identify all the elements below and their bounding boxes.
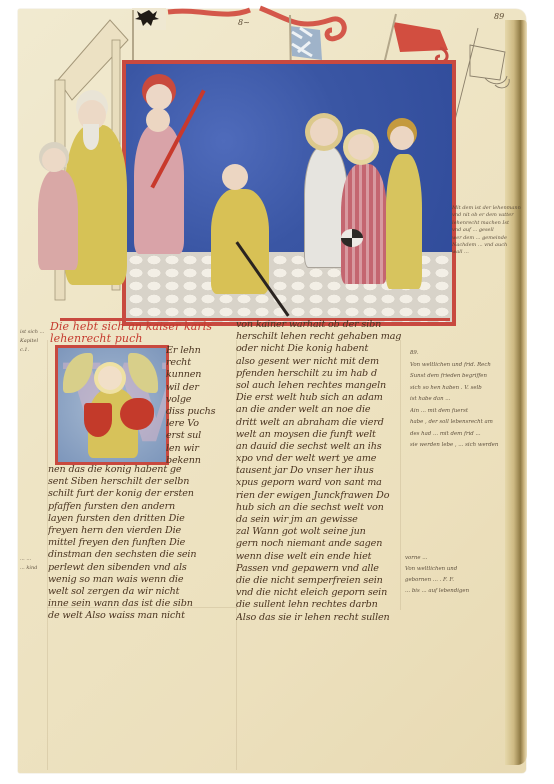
heraldic-shield-icon: [341, 229, 363, 247]
text-line: welt an moysen die funft welt: [236, 429, 404, 441]
text-line: von kainer warhait ob der sibn: [236, 319, 404, 331]
margin-line: Von weltlichen und frid. Rech: [410, 360, 498, 372]
margin-line: vnd nit ob er dem vatter: [452, 212, 521, 219]
text-line: Passen vnd gepawern vnd alle: [236, 563, 404, 575]
margin-line: ... kind: [20, 564, 37, 573]
text-line: die sullent lehn rechtes darbn: [236, 599, 404, 611]
margin-line: 89.: [410, 348, 498, 360]
text-line: Er lehn: [166, 345, 236, 357]
text-column-left: nen das die konig habent ge sent Siben h…: [48, 464, 234, 622]
margin-line: vorne ...: [405, 553, 469, 564]
emperor-beard: [83, 124, 99, 150]
text-line: da sein wir jm an gewisse: [236, 514, 404, 526]
vassal-head: [222, 164, 248, 190]
text-line: an dauid die sechst welt an ihs: [236, 441, 404, 453]
text-line: recht: [166, 357, 236, 369]
text-line: sol auch lehen rechtes mangeln: [236, 380, 404, 392]
attendant-head: [146, 108, 170, 132]
illustration-frame: [122, 60, 456, 326]
margin-line: Nachdem ... vnd auch: [452, 242, 521, 249]
text-line: gern noch niemant ande sagen: [236, 538, 404, 550]
text-line: welt sol zergen da wir nicht: [48, 586, 234, 598]
text-line: wenn dise welt ein ende hiet: [236, 551, 404, 563]
text-line: xpus geporn ward von sant ma: [236, 477, 404, 489]
red-robed-figure: [341, 164, 387, 284]
text-line: mittel freyen den funften Die: [48, 537, 234, 549]
text-line: inne sein wann das ist die sibn: [48, 598, 234, 610]
text-line: schilt furt der konig der ersten: [48, 488, 234, 500]
left-attendant-head: [42, 148, 66, 172]
text-line: de welt Also waiss man nicht: [48, 610, 234, 622]
text-line: hub sich an die sechst welt von: [236, 502, 404, 514]
marginal-note-left-lower: ... ... ... kind: [20, 555, 37, 573]
text-line: dinstman den sechsten die sein: [48, 549, 234, 561]
text-line: pfaffen fursten den andern: [48, 501, 234, 513]
text-line: tausent jar Do vnser her ihus: [236, 465, 404, 477]
text-line: herschilt lehen recht gehaben mag: [236, 331, 404, 343]
left-attendant-figure: [38, 170, 78, 270]
margin-line: habe , der soll lebensrecht am: [410, 417, 498, 429]
text-column-narrow: Er lehn recht kunnen wil der volge diss …: [166, 345, 236, 467]
text-column-right: von kainer warhait ob der sibn herschilt…: [236, 319, 404, 624]
red-shield-icon: [120, 398, 154, 430]
text-line: oder nicht Die konig habent: [236, 343, 404, 355]
marginal-note-middle: 89. Von weltlichen und frid. Rech Sunst …: [410, 348, 498, 452]
text-line: Die erst welt hub sich an adam: [236, 392, 404, 404]
margin-line: ist sich ...: [20, 328, 44, 337]
rubric-line-2: lehenrecht puch: [50, 333, 240, 345]
text-line: pfenden herschilt zu im hab d: [236, 368, 404, 380]
margin-line: sich so hen haben . V. selb: [410, 383, 498, 395]
text-line: perlewt den sibenden vnd als: [48, 562, 234, 574]
text-line: dritt welt an abraham die vierd: [236, 417, 404, 429]
text-line: die die nicht semperfreien sein: [236, 575, 404, 587]
margin-line: lehenrecht machen Ist: [452, 220, 521, 227]
text-line: vnd die nicht eleich geporn sein: [236, 587, 404, 599]
text-line: freyen hern den vierden Die: [48, 525, 234, 537]
text-line: lere Vo: [166, 418, 236, 430]
text-line: zal Wann got wolt seine jun: [236, 526, 404, 538]
marginal-note-lower: vorne ... Von weltlichen und gebornen ..…: [405, 553, 469, 597]
attendant-head: [146, 84, 172, 110]
margin-line: Ain ... mit dem fuerst: [410, 406, 498, 418]
text-line: diss puchs: [166, 406, 236, 418]
margin-line: ... ...: [20, 555, 37, 564]
text-line: nen das die konig habent ge: [48, 464, 234, 476]
text-line: xpo vnd der welt wert ye ame: [236, 453, 404, 465]
text-line: erst sul: [166, 430, 236, 442]
text-line: also gesent wer nicht mit dem: [236, 356, 404, 368]
yellow-attendant-figure: [386, 154, 422, 289]
text-line: kunnen: [166, 369, 236, 381]
historiated-initial: W: [55, 345, 169, 465]
margin-line: c.1.: [20, 346, 44, 355]
margin-line: ist habe dan ...: [410, 394, 498, 406]
text-line: rien der ewigen Junckfrawen Do: [236, 490, 404, 502]
margin-line: wall ...: [452, 249, 521, 256]
text-line: an die ander welt an noe die: [236, 404, 404, 416]
text-line: layen fursten den dritten Die: [48, 513, 234, 525]
margin-line: sie werden lebe , ... sich werden: [410, 440, 498, 452]
text-line: sent Siben herschilt der selbn: [48, 476, 234, 488]
margin-line: Kapitel: [20, 337, 44, 346]
text-line: len wir: [166, 443, 236, 455]
marginal-note-upper: Mit dem ist der lehenmann vnd nit ob er …: [452, 205, 521, 257]
red-robed-head: [348, 134, 374, 160]
margin-line: gebornen ... . F. F.: [405, 575, 469, 586]
text-line: wenig so man wais wenn die: [48, 574, 234, 586]
margin-line: des had ... mit dem frid ...: [410, 429, 498, 441]
knight-head: [310, 118, 338, 146]
margin-line: wer dem ... gemeinde: [452, 235, 521, 242]
angel-head: [98, 366, 122, 390]
text-line: wil der: [166, 382, 236, 394]
text-line: Also das sie ir lehen recht sullen: [236, 612, 404, 624]
margin-line: Sunst dem frieden begriffen: [410, 371, 498, 383]
yellow-attendant-head: [390, 126, 414, 150]
margin-line: Von weltlichen und: [405, 564, 469, 575]
text-line: volge: [166, 394, 236, 406]
margin-line: Mit dem ist der lehenmann: [452, 205, 521, 212]
red-shield-icon: [84, 403, 112, 437]
margin-line: ... bis ... auf lebendigen: [405, 586, 469, 597]
margin-line: vnd auf ... gesell: [452, 227, 521, 234]
marginal-note-left: ist sich ... Kapitel c.1.: [20, 328, 44, 355]
rubric-heading: Die hebt sich an kaiser karls lehenrecht…: [50, 321, 240, 345]
